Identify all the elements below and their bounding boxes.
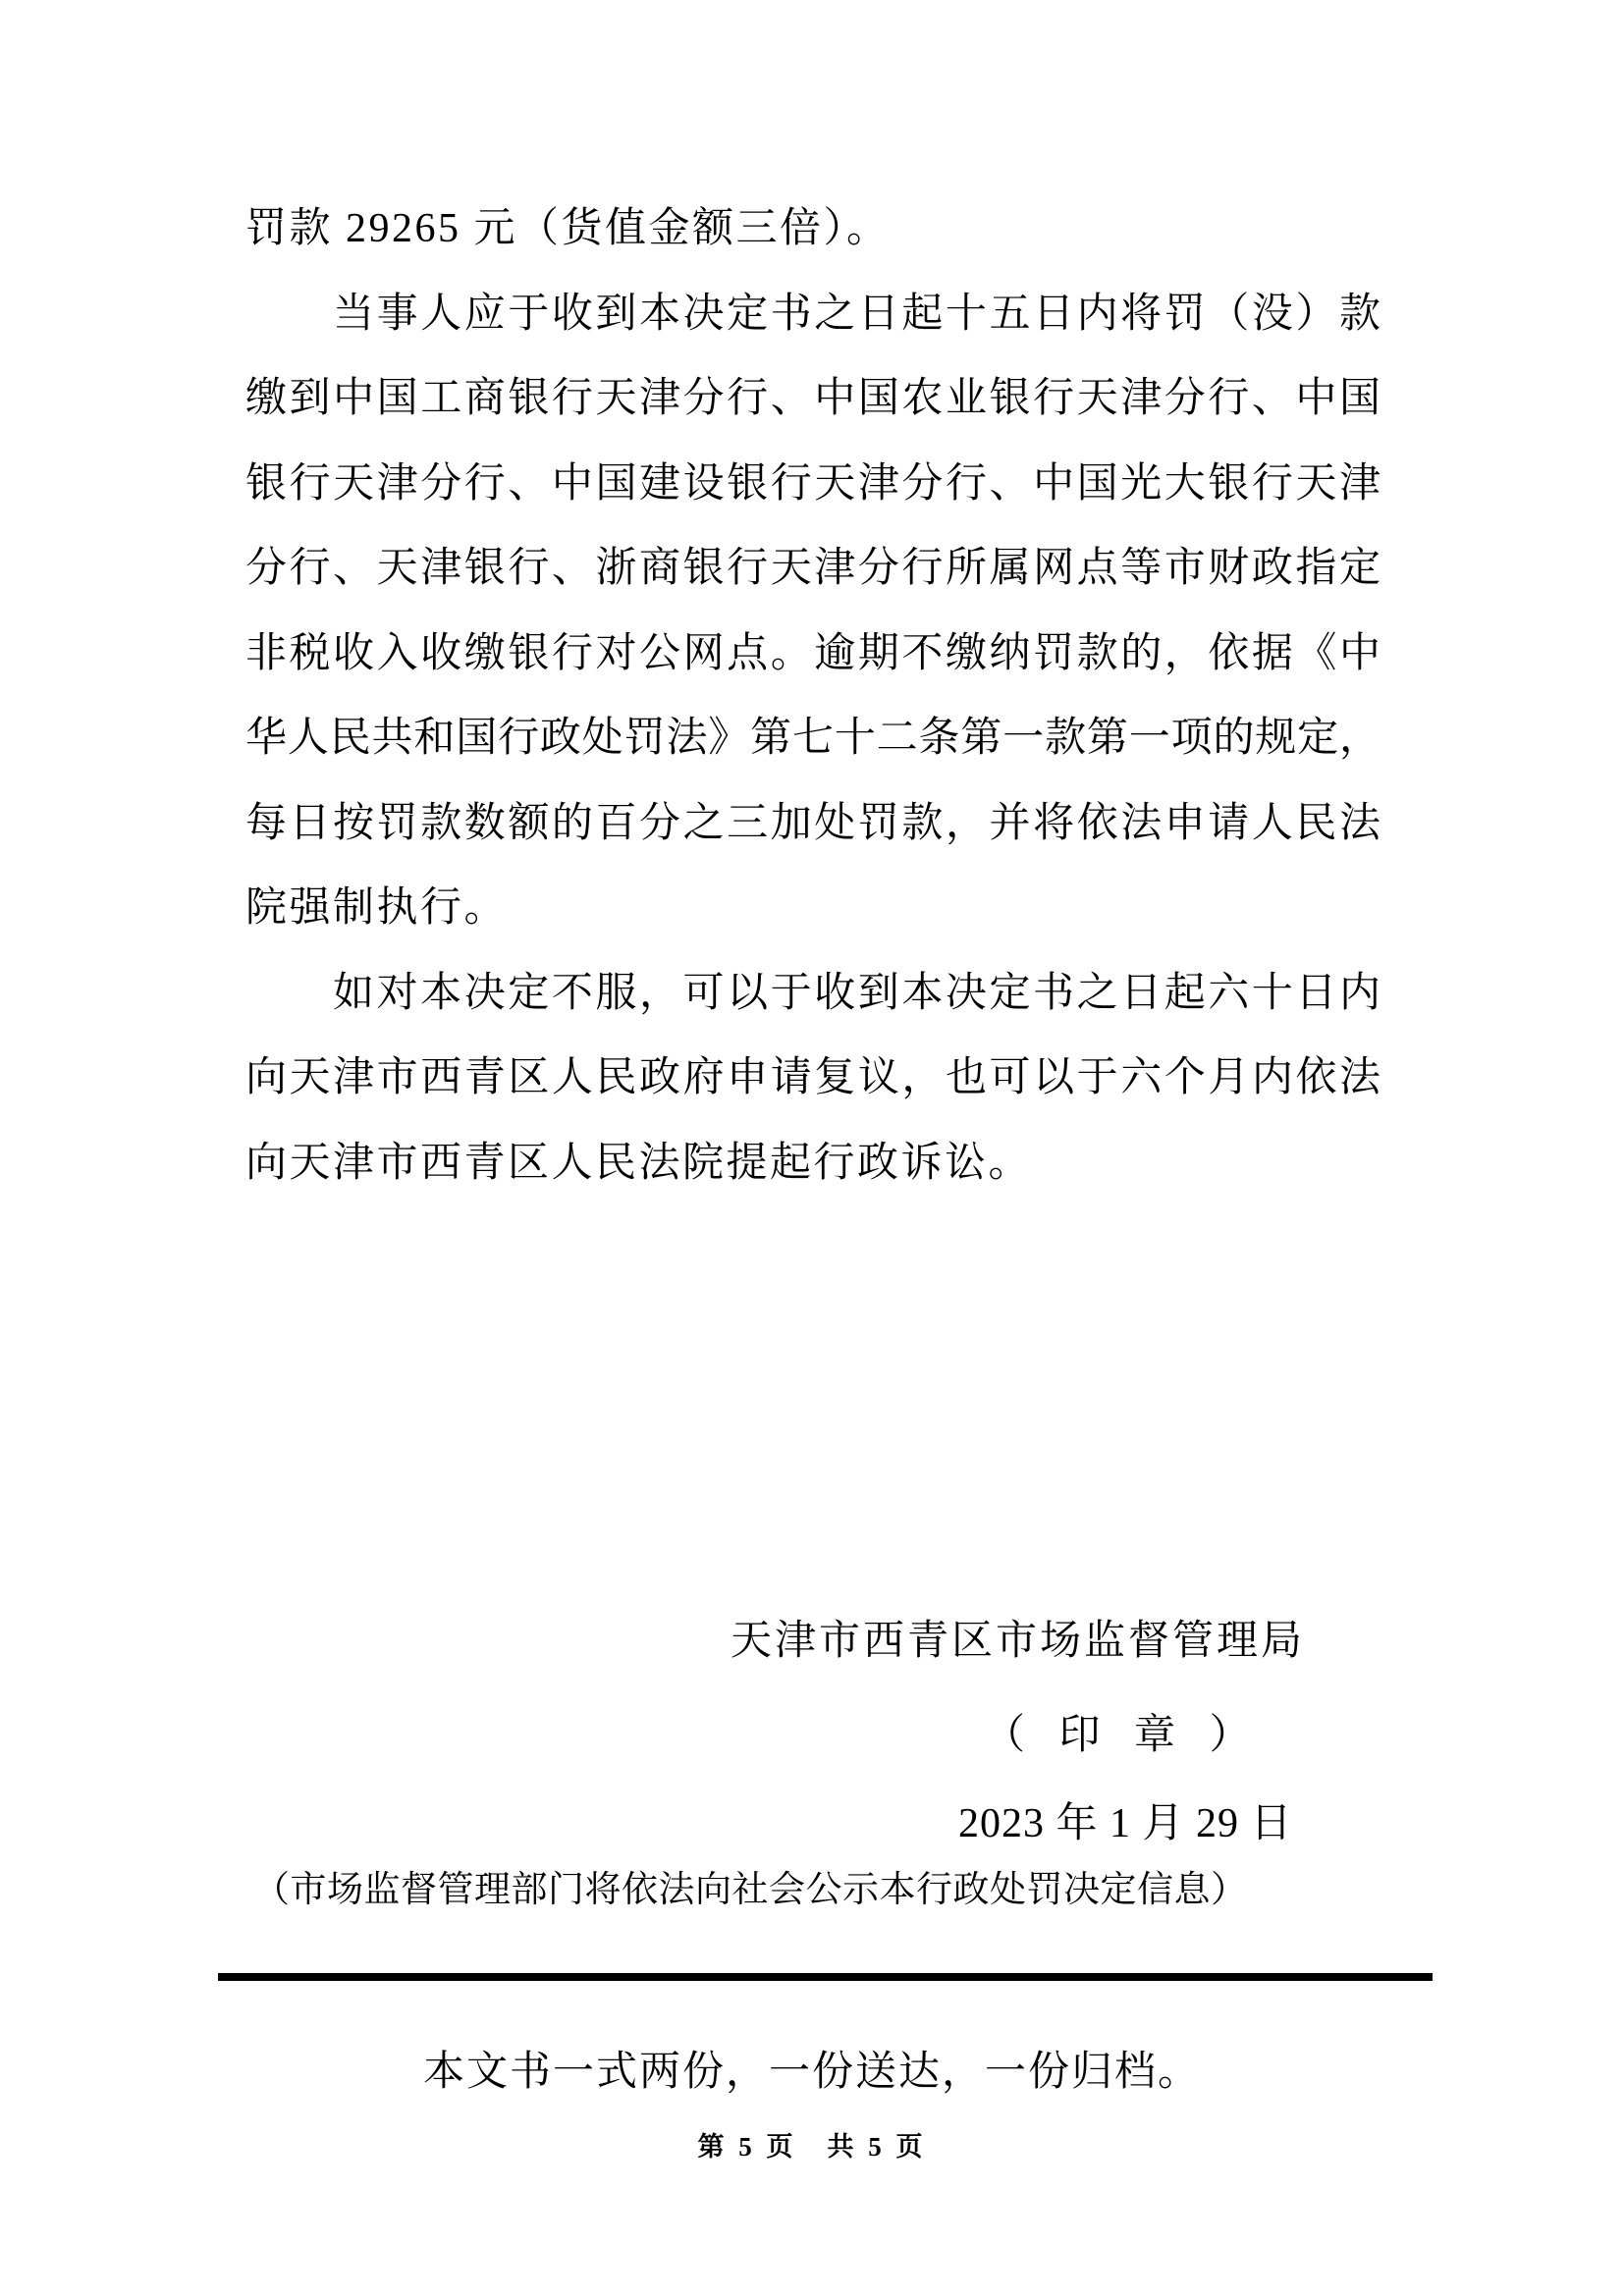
penalty-decision-page: 罚款 29265 元（货值金额三倍）。当事人应于收到本决定书之日起十五日内将罚（…: [0, 0, 1624, 2296]
signature-seal: （ 印 章 ）: [984, 1706, 1263, 1765]
body-line: 华人民共和国行政处罚法》第七十二条第一款第一项的规定，: [245, 696, 1380, 781]
body-line: 罚款 29265 元（货值金额三倍）。: [245, 187, 1380, 272]
body-line: 当事人应于收到本决定书之日起十五日内将罚（没）款: [245, 272, 1380, 357]
page-number: 第 5 页 共 5 页: [0, 2128, 1624, 2165]
body-line: 非税收入收缴银行对公网点。逾期不缴纳罚款的，依据《中: [245, 612, 1380, 697]
body-line: 向天津市西青区人民法院提起行政诉讼。: [245, 1121, 1380, 1206]
body-line: 如对本决定不服，可以于收到本决定书之日起六十日内: [245, 951, 1380, 1037]
body-line: 院强制执行。: [245, 866, 1380, 951]
body-line: 每日按罚款数额的百分之三加处罚款，并将依法申请人民法: [245, 781, 1380, 867]
signature-agency: 天津市西青区市场监督管理局: [731, 1612, 1305, 1671]
body-line: 向天津市西青区人民政府申请复议，也可以于六个月内依法: [245, 1036, 1380, 1121]
copies-note: 本文书一式两份，一份送达，一份归档。: [0, 2043, 1624, 2102]
body-line: 银行天津分行、中国建设银行天津分行、中国光大银行天津: [245, 442, 1380, 527]
signature-date: 2023 年 1 月 29 日: [958, 1794, 1293, 1853]
footer-divider: [218, 1973, 1433, 1981]
disclosure-note: （市场监督管理部门将依法向社会公示本行政处罚决定信息）: [253, 1867, 1248, 1914]
body-text: 罚款 29265 元（货值金额三倍）。当事人应于收到本决定书之日起十五日内将罚（…: [245, 187, 1380, 1205]
body-line: 缴到中国工商银行天津分行、中国农业银行天津分行、中国: [245, 356, 1380, 442]
body-line: 分行、天津银行、浙商银行天津分行所属网点等市财政指定: [245, 526, 1380, 612]
